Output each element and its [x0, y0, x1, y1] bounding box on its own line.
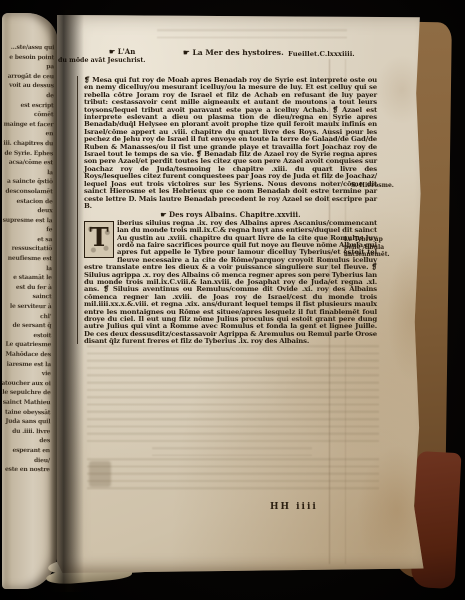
text-block: ❡ Mesa qui fut roy de Moab apres Benadab…: [84, 77, 377, 346]
show-through-texture: [152, 447, 312, 456]
margin-note-tiber: Le Tybre ap pellé Albula anciennemēt.: [344, 236, 410, 259]
running-header-title: ☛ La Mer des hystoires.: [183, 48, 284, 57]
show-through-initial: [89, 461, 111, 487]
book-photograph: …ste/assu qui e besoin point pa arrogāt …: [0, 0, 465, 600]
show-through-texture: [87, 345, 379, 445]
paragraph-kings-of-syria: ❡ Mesa qui fut roy de Moab apres Benadab…: [84, 77, 377, 210]
running-header-year-sublabel: du mōde avāt Jesuchrist.: [58, 57, 145, 64]
show-through-texture: [157, 29, 347, 43]
running-header-year-label: ☛ L'An: [109, 47, 135, 56]
verso-page-edge: …ste/assu qui e besoin point pa arrogāt …: [2, 13, 58, 589]
margin-rule: [77, 76, 78, 344]
paragraph-alban-kings: Tiberius siluius regna .ix. roy des Alba…: [84, 220, 377, 346]
signature-mark: HH iiii: [270, 502, 318, 512]
chapter-heading: ☛ Des roys Albains. Chapitre.xxviii.: [84, 211, 377, 218]
woodcut-initial: T: [84, 221, 114, 258]
folio-number: Fueillet.C.lxxxiiii.: [288, 50, 355, 58]
show-through-texture: [87, 458, 379, 490]
margin-note-hierosme: S. Hierosme.: [351, 182, 415, 190]
recto-page: ☛ L'An du mōde avāt Jesuchrist. ☛ La Mer…: [57, 15, 425, 573]
verso-marginalia-fragments: …ste/assu qui e besoin point pa arrogāt …: [0, 43, 61, 476]
paragraph-alban-kings-text: iberius siluius regna .ix. roy des Albai…: [84, 219, 377, 346]
paper-crease: [329, 59, 330, 564]
paper-crease: [345, 59, 346, 564]
